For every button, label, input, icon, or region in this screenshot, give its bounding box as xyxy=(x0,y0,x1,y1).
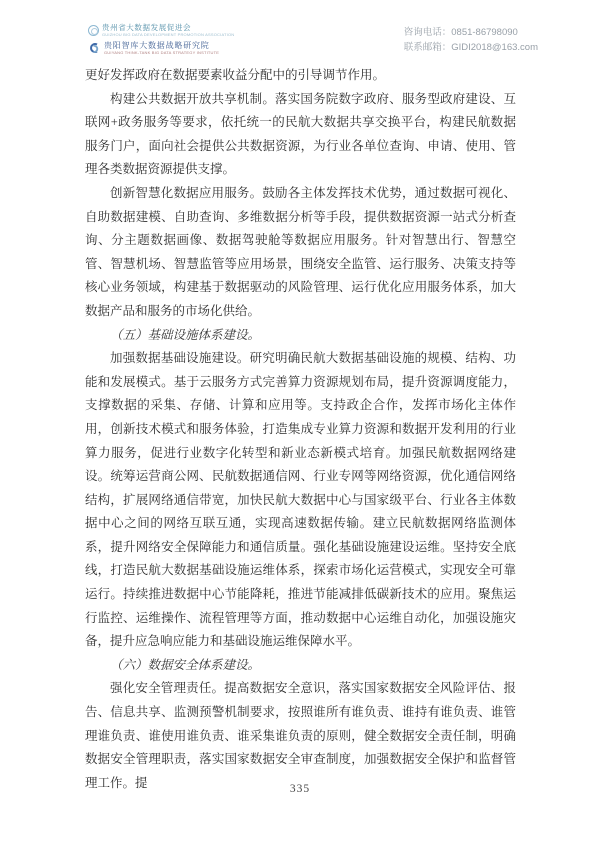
contact-info: 咨询电话：0851-86798090 联系邮箱：GIDI2018@163.com xyxy=(404,24,538,55)
institute-logo: 贵阳智库大数据战略研究院 GUIYANG THINK-TANK BIG DATA… xyxy=(88,41,234,55)
paragraph: （五）基础设施体系建设。 xyxy=(85,324,516,348)
paragraph: 加强数据基础设施建设。研究明确民航大数据基础设施的规模、结构、功能和发展模式。基… xyxy=(85,347,516,654)
email-label: 联系邮箱： xyxy=(404,42,452,53)
page-number: 335 xyxy=(0,783,600,795)
institute-swirl-icon xyxy=(88,42,101,54)
email-address: GIDI2018@163.com xyxy=(451,42,538,53)
contact-email-line: 联系邮箱：GIDI2018@163.com xyxy=(404,40,538,55)
phone-number: 0851-86798090 xyxy=(451,27,518,38)
association-name: 贵州省大数据发展促进会 xyxy=(102,24,234,32)
association-emblem-icon xyxy=(88,25,99,36)
paragraph: 强化安全管理责任。提高数据安全意识，落实国家数据安全风险评估、报告、信息共享、监… xyxy=(85,677,516,795)
paragraph: （六）数据安全体系建设。 xyxy=(85,654,516,678)
paragraph: 更好发挥政府在数据要素收益分配中的引导调节作用。 xyxy=(85,64,516,88)
institute-name: 贵阳智库大数据战略研究院 xyxy=(104,41,219,50)
contact-phone-line: 咨询电话：0851-86798090 xyxy=(404,25,538,40)
phone-label: 咨询电话： xyxy=(404,27,452,38)
institute-name-english: GUIYANG THINK-TANK BIG DATA STRATEGY INS… xyxy=(104,50,219,55)
page-header: 贵州省大数据发展促进会 GUIZHOU BIG DATA DEVELOPMENT… xyxy=(88,24,538,55)
document-page: 贵州省大数据发展促进会 GUIZHOU BIG DATA DEVELOPMENT… xyxy=(0,0,600,848)
paragraph: 创新智慧化数据应用服务。鼓励各主体发挥技术优势，通过数据可视化、自助数据建模、自… xyxy=(85,182,516,324)
paragraph: 构建公共数据开放共享机制。落实国务院数字政府、服务型政府建设、互联网+政务服务等… xyxy=(85,88,516,182)
association-name-english: GUIZHOU BIG DATA DEVELOPMENT PROMOTION A… xyxy=(102,32,234,37)
logo-group: 贵州省大数据发展促进会 GUIZHOU BIG DATA DEVELOPMENT… xyxy=(88,24,234,55)
association-logo: 贵州省大数据发展促进会 GUIZHOU BIG DATA DEVELOPMENT… xyxy=(88,24,234,37)
document-body: 更好发挥政府在数据要素收益分配中的引导调节作用。构建公共数据开放共享机制。落实国… xyxy=(85,64,516,795)
